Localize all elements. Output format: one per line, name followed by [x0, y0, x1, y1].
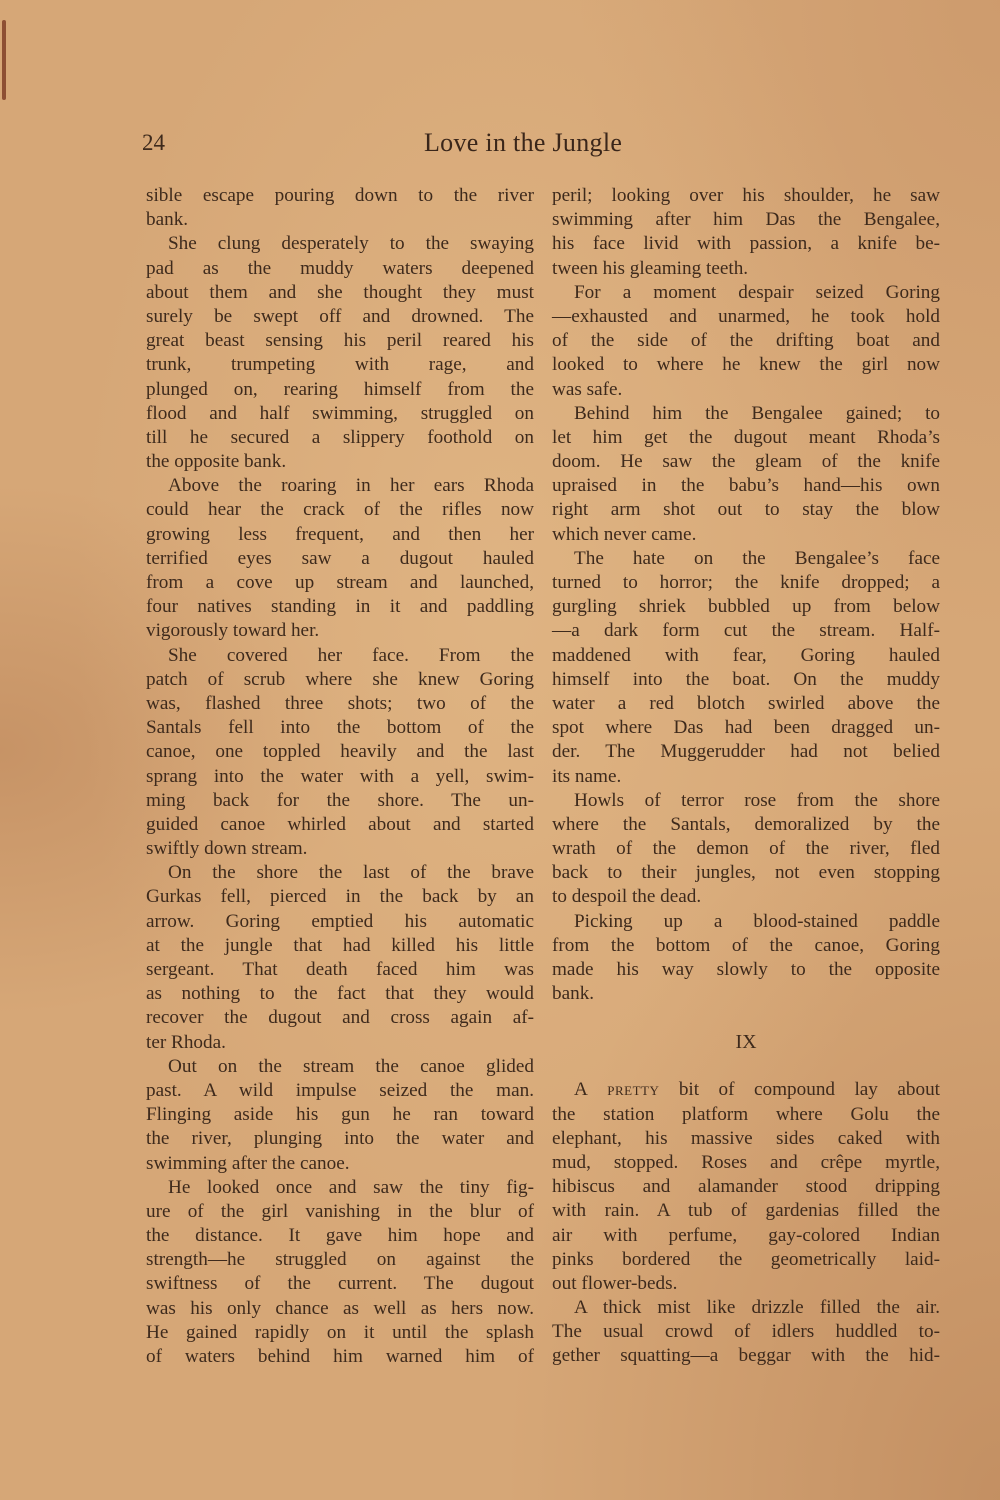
- text-line: ter Rhoda.: [146, 1031, 534, 1055]
- text-line: She clung desperately to the swaying: [146, 232, 534, 256]
- text-line: Picking up a blood-stained paddle: [552, 910, 940, 934]
- text-line: swiftness of the current. The dugout: [146, 1272, 534, 1296]
- text-line: sergeant. That death faced him was: [146, 958, 534, 982]
- text-line: elephant, his massive sides caked with: [552, 1127, 940, 1151]
- text-line: air with perfume, gay-colored Indian: [552, 1224, 940, 1248]
- text-line: —a dark form cut the stream. Half-: [552, 619, 940, 643]
- text-line: Out on the stream the canoe glided: [146, 1055, 534, 1079]
- text-line: —exhausted and unarmed, he took hold: [552, 305, 940, 329]
- text-line: Above the roaring in her ears Rhoda: [146, 474, 534, 498]
- text-line: of the side of the drifting boat and: [552, 329, 940, 353]
- text-line: wrath of the demon of the river, fled: [552, 837, 940, 861]
- text-line: the river, plunging into the water and: [146, 1127, 534, 1151]
- text-line: trunk, trumpeting with rage, and: [146, 353, 534, 377]
- text-line: gurgling shriek bubbled up from below: [552, 595, 940, 619]
- text-line: surely be swept off and drowned. The: [146, 305, 534, 329]
- text-line: strength—he struggled on against the: [146, 1248, 534, 1272]
- text-line: doom. He saw the gleam of the knife: [552, 450, 940, 474]
- text-line: The hate on the Bengalee’s face: [552, 547, 940, 571]
- text-line: to despoil the dead.: [552, 885, 940, 909]
- text-line: right arm shot out to stay the blow: [552, 498, 940, 522]
- text-line: of waters behind him warned him of: [146, 1345, 534, 1369]
- text-line: tween his gleaming teeth.: [552, 257, 940, 281]
- text-line: about them and she thought they must: [146, 281, 534, 305]
- text-line: past. A wild impulse seized the man.: [146, 1079, 534, 1103]
- text-line: the opposite bank.: [146, 450, 534, 474]
- chapter-opening-rest: bit of compound lay about: [659, 1079, 940, 1100]
- right-column-text-after-chapter: A pretty bit of compound lay about the s…: [552, 1078, 940, 1368]
- text-line: swimming after the canoe.: [146, 1152, 534, 1176]
- chapter-opening-line: A pretty bit of compound lay about: [552, 1078, 940, 1102]
- text-line: vigorously toward her.: [146, 619, 534, 643]
- text-line: canoe, one toppled heavily and the last: [146, 740, 534, 764]
- text-line: let him get the dugout meant Rhoda’s: [552, 426, 940, 450]
- text-line: back to their jungles, not even stopping: [552, 861, 940, 885]
- text-line: the station platform where Golu the: [552, 1103, 940, 1127]
- text-line: ming back for the shore. The un-: [146, 789, 534, 813]
- text-line: from a cove up stream and launched,: [146, 571, 534, 595]
- text-line: plunged on, rearing himself from the: [146, 378, 534, 402]
- text-line: himself into the boat. On the muddy: [552, 668, 940, 692]
- text-line: peril; looking over his shoulder, he saw: [552, 184, 940, 208]
- text-line: from the bottom of the canoe, Goring: [552, 934, 940, 958]
- right-column: peril; looking over his shoulder, he saw…: [552, 184, 940, 1369]
- text-line: at the jungle that had killed his little: [146, 934, 534, 958]
- text-line: Flinging aside his gun he ran toward: [146, 1103, 534, 1127]
- text-line: He gained rapidly on it until the splash: [146, 1321, 534, 1345]
- page-number: 24: [142, 130, 165, 156]
- text-line: The usual crowd of idlers huddled to-: [552, 1320, 940, 1344]
- text-line: maddened with fear, Goring hauled: [552, 644, 940, 668]
- text-line: Santals fell into the bottom of the: [146, 716, 534, 740]
- text-line: On the shore the last of the brave: [146, 861, 534, 885]
- text-line: with rain. A tub of gardenias filled the: [552, 1199, 940, 1223]
- text-line: swiftly down stream.: [146, 837, 534, 861]
- text-line: She covered her face. From the: [146, 644, 534, 668]
- text-line: Gurkas fell, pierced in the back by an: [146, 885, 534, 909]
- text-line: could hear the crack of the rifles now: [146, 498, 534, 522]
- text-line: gether squatting—a beggar with the hid-: [552, 1344, 940, 1368]
- text-line: bank.: [552, 982, 940, 1006]
- text-line: water a red blotch swirled above the: [552, 692, 940, 716]
- text-line: ure of the girl vanishing in the blur of: [146, 1200, 534, 1224]
- text-line: where the Santals, demoralized by the: [552, 813, 940, 837]
- text-line: der. The Muggerudder had not belied: [552, 740, 940, 764]
- text-line: looked to where he knew the girl now: [552, 353, 940, 377]
- text-line: A thick mist like drizzle filled the air…: [552, 1296, 940, 1320]
- text-line: recover the dugout and cross again af-: [146, 1006, 534, 1030]
- text-line: arrow. Goring emptied his automatic: [146, 910, 534, 934]
- text-line: sprang into the water with a yell, swim-: [146, 765, 534, 789]
- text-line: Howls of terror rose from the shore: [552, 789, 940, 813]
- text-line: hibiscus and alamander stood dripping: [552, 1175, 940, 1199]
- chapter-heading: IX: [552, 1030, 940, 1054]
- text-line: upraised in the babu’s hand—his own: [552, 474, 940, 498]
- text-line: swimming after him Das the Bengalee,: [552, 208, 940, 232]
- text-line: the distance. It gave him hope and: [146, 1224, 534, 1248]
- text-line: sible escape pouring down to the river: [146, 184, 534, 208]
- text-line: as nothing to the fact that they would: [146, 982, 534, 1006]
- text-line: flood and half swimming, struggled on: [146, 402, 534, 426]
- text-line: out flower-beds.: [552, 1272, 940, 1296]
- page-edge-stain: [2, 20, 6, 100]
- text-line: He looked once and saw the tiny fig-: [146, 1176, 534, 1200]
- text-line: bank.: [146, 208, 534, 232]
- text-line: great beast sensing his peril reared his: [146, 329, 534, 353]
- text-line: terrified eyes saw a dugout hauled: [146, 547, 534, 571]
- text-line: four natives standing in it and paddling: [146, 595, 534, 619]
- text-line: patch of scrub where she knew Goring: [146, 668, 534, 692]
- text-line: turned to horror; the knife dropped; a: [552, 571, 940, 595]
- text-line: pad as the muddy waters deepened: [146, 257, 534, 281]
- text-line: growing less frequent, and then her: [146, 523, 534, 547]
- text-line: his face livid with passion, a knife be-: [552, 232, 940, 256]
- text-line: which never came.: [552, 523, 940, 547]
- text-line: pinks bordered the geometrically laid-: [552, 1248, 940, 1272]
- text-line: till he secured a slippery foothold on: [146, 426, 534, 450]
- left-column: sible escape pouring down to the riverba…: [146, 184, 534, 1369]
- right-column-text-before-chapter: peril; looking over his shoulder, he saw…: [552, 184, 940, 1006]
- text-line: was safe.: [552, 378, 940, 402]
- page-header: 24 Love in the Jungle: [142, 128, 942, 168]
- text-line: guided canoe whirled about and started: [146, 813, 534, 837]
- text-line: its name.: [552, 765, 940, 789]
- text-line: mud, stopped. Roses and crêpe myrtle,: [552, 1151, 940, 1175]
- text-line: made his way slowly to the opposite: [552, 958, 940, 982]
- text-line: For a moment despair seized Goring: [552, 281, 940, 305]
- chapter-opening-smallcaps: A pretty: [574, 1079, 659, 1100]
- text-line: Behind him the Bengalee gained; to: [552, 402, 940, 426]
- text-line: spot where Das had been dragged un-: [552, 716, 940, 740]
- text-line: was, flashed three shots; two of the: [146, 692, 534, 716]
- text-line: was his only chance as well as hers now.: [146, 1297, 534, 1321]
- running-title: Love in the Jungle: [424, 128, 622, 158]
